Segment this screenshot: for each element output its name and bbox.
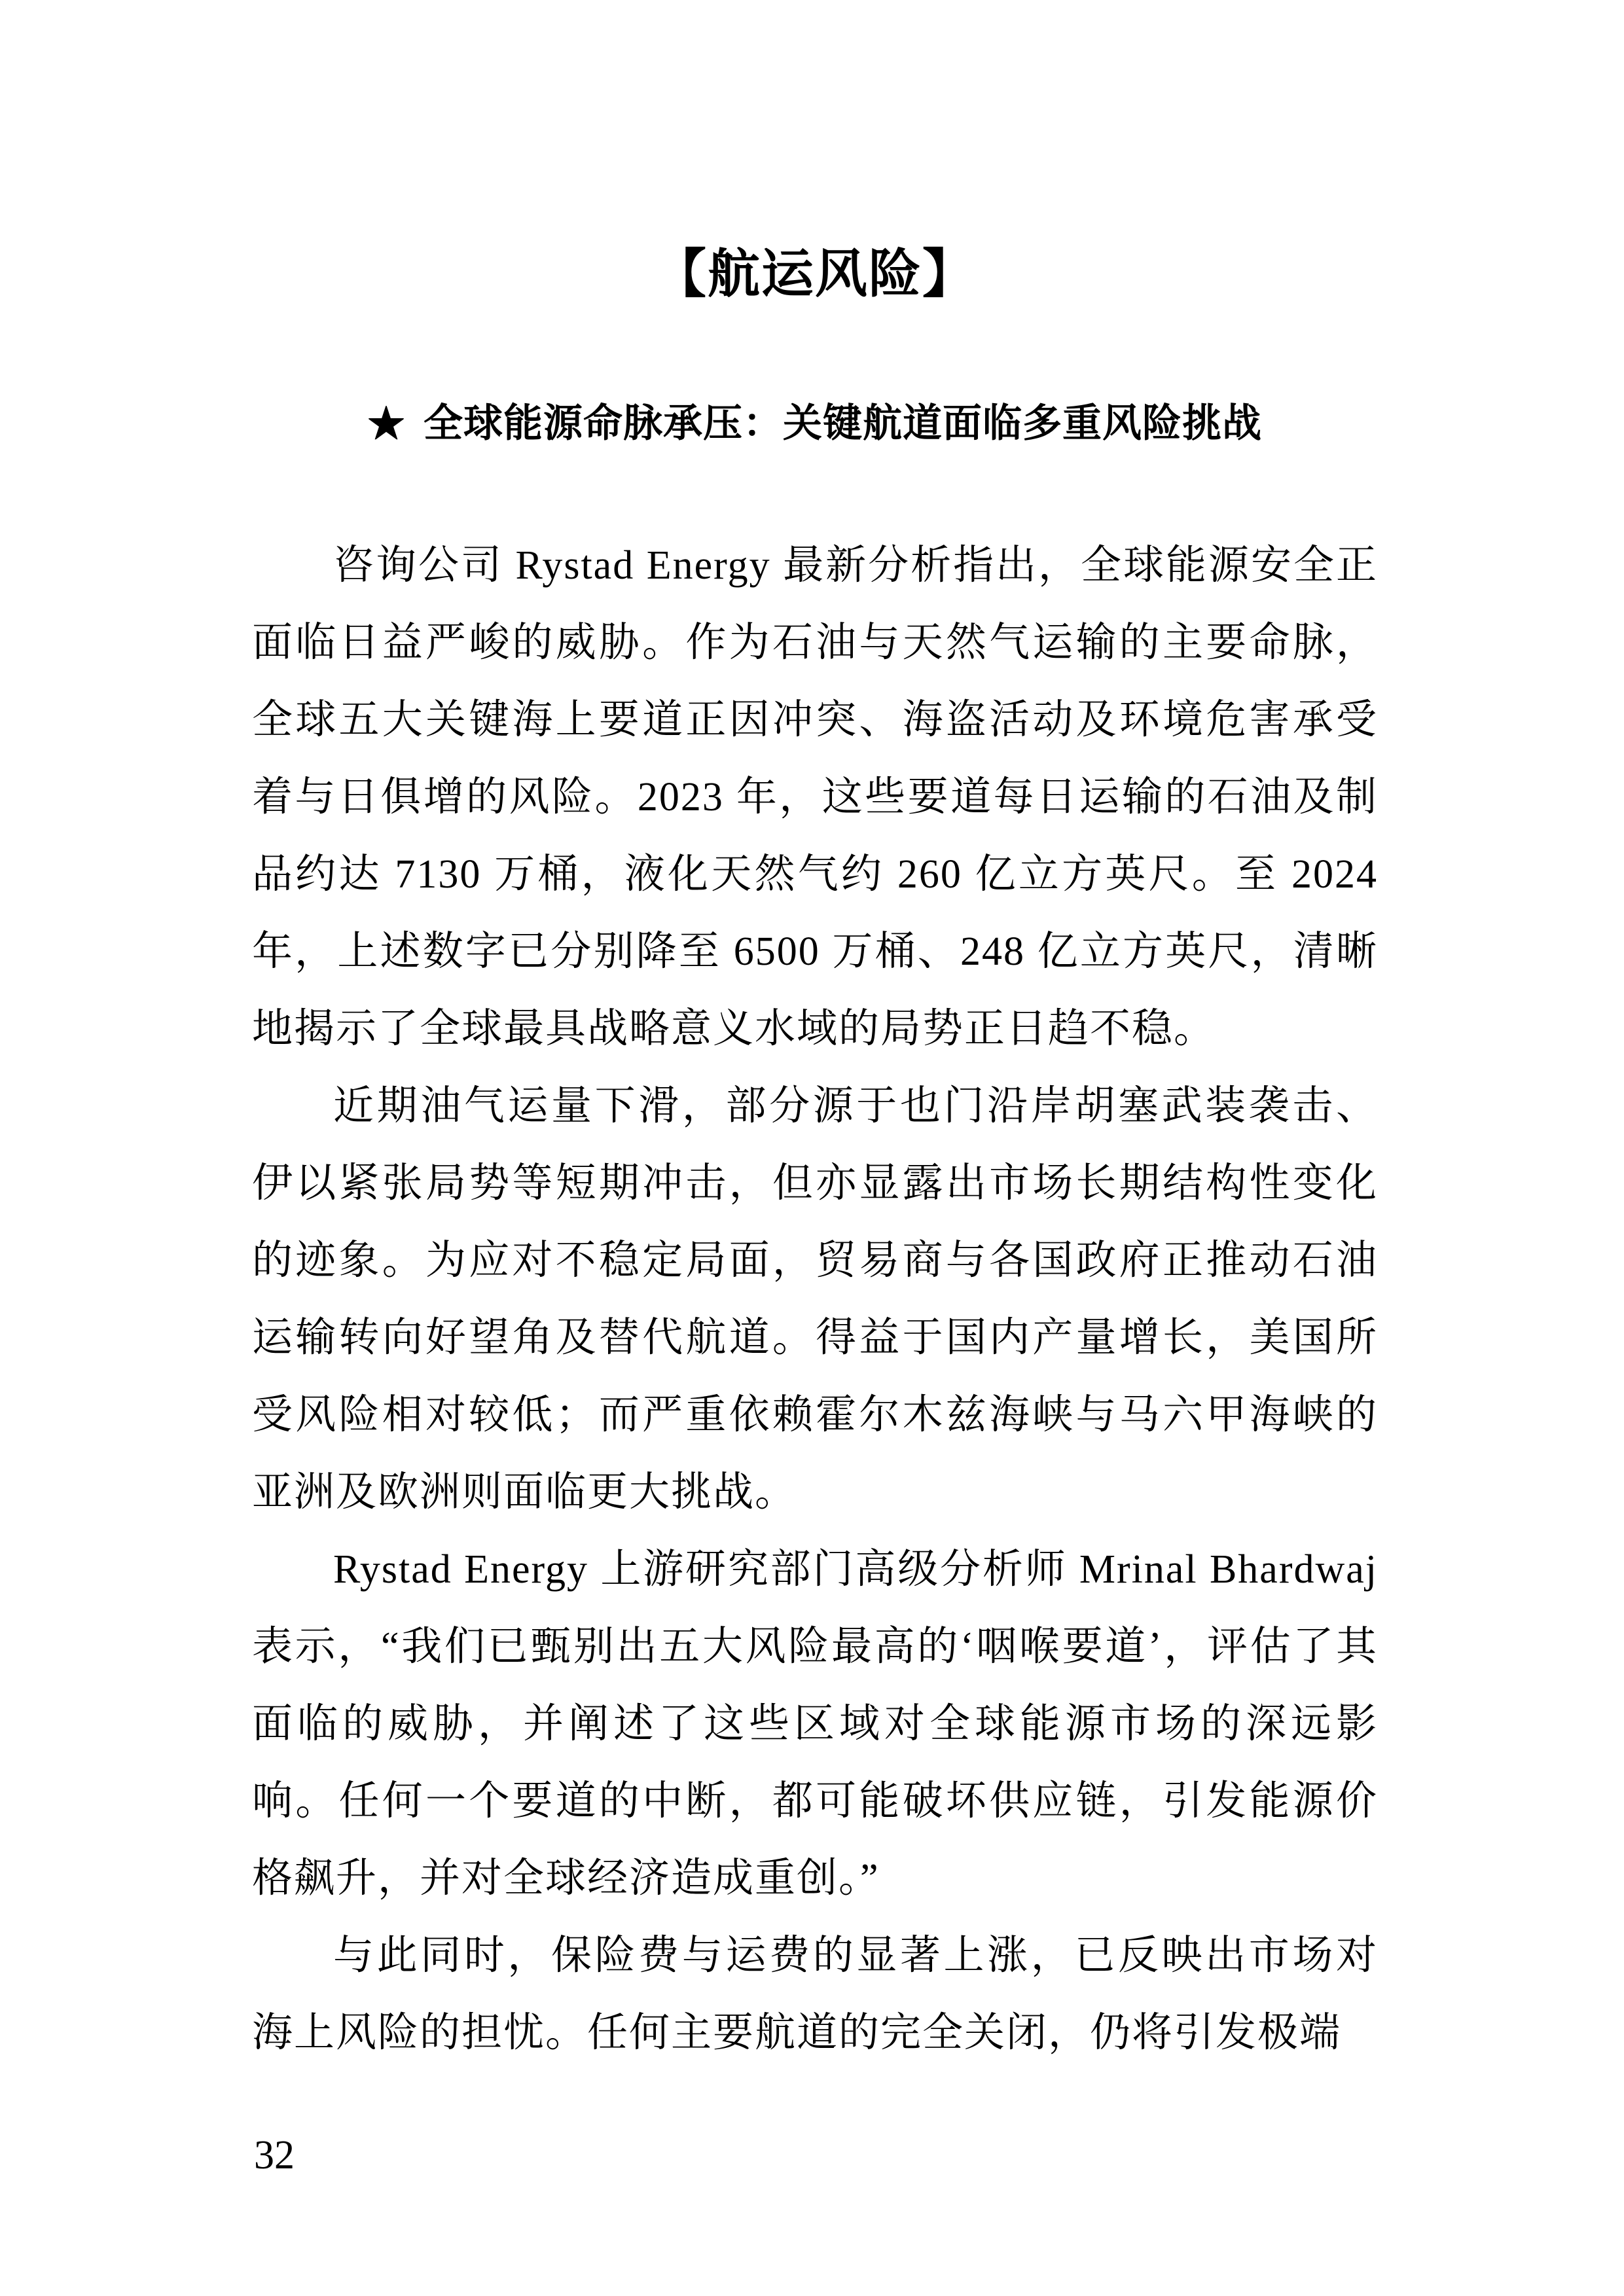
body-paragraph: 咨询公司 Rystad Energy 最新分析指出，全球能源安全正面临日益严峻的…	[252, 527, 1378, 1067]
document-page: 【航运风险】 ★全球能源命脉承压：关键航道面临多重风险挑战 咨询公司 Rysta…	[0, 0, 1624, 2296]
article-heading-text: 全球能源命脉承压：关键航道面临多重风险挑战	[424, 401, 1262, 445]
article-heading: ★全球能源命脉承压：关键航道面临多重风险挑战	[252, 394, 1378, 454]
body-paragraph: Rystad Energy 上游研究部门高级分析师 Mrinal Bhardwa…	[252, 1531, 1378, 1917]
body-paragraph: 与此同时，保险费与运费的显著上涨，已反映出市场对海上风险的担忧。任何主要航道的完…	[252, 1917, 1378, 2072]
star-icon: ★	[368, 395, 405, 454]
body-paragraph: 近期油气运量下滑，部分源于也门沿岸胡塞武装袭击、伊以紧张局势等短期冲击，但亦显露…	[252, 1067, 1378, 1531]
page-content: 【航运风险】 ★全球能源命脉承压：关键航道面临多重风险挑战 咨询公司 Rysta…	[252, 0, 1378, 2072]
section-title: 【航运风险】	[252, 0, 1378, 309]
article-body: 咨询公司 Rystad Energy 最新分析指出，全球能源安全正面临日益严峻的…	[252, 527, 1378, 2072]
page-number: 32	[254, 2132, 295, 2178]
